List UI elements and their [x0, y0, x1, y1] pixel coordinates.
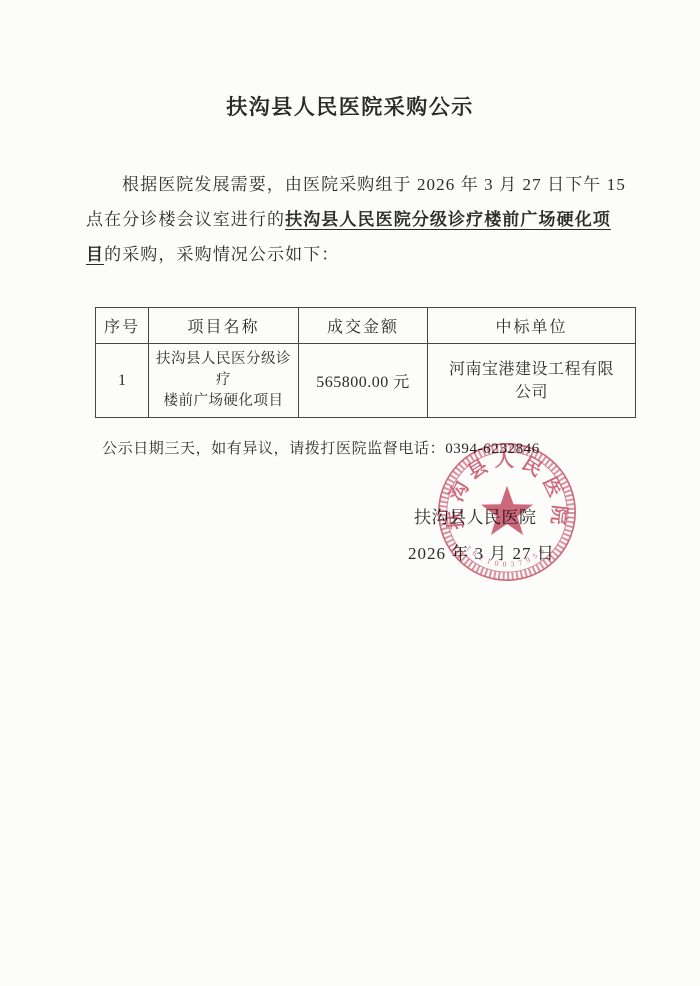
project-name-emphasis: 目: [86, 245, 104, 264]
paragraph-line-2: 点在分诊楼会议室进行的扶沟县人民医院分级诊疗楼前广场硬化项: [86, 202, 620, 237]
page-title: 扶沟县人民医院采购公示: [0, 91, 700, 121]
cell-project-name: 扶沟县人民医分级诊疗 楼前广场硬化项目: [149, 344, 299, 418]
header-serial-number: 序号: [96, 308, 149, 344]
paragraph-text: 根据医院发展需要，由医院采购组于 2026 年 3 月 27 日下午 15: [122, 175, 626, 194]
signature-date: 2026 年 3 月 27 日: [408, 539, 555, 564]
document-page: 扶沟县人民医院采购公示 根据医院发展需要，由医院采购组于 2026 年 3 月 …: [0, 0, 700, 986]
header-deal-amount: 成交金额: [299, 308, 428, 344]
table-header-row: 序号 项目名称 成交金额 中标单位: [96, 308, 636, 344]
paragraph-line-1: 根据医院发展需要，由医院采购组于 2026 年 3 月 27 日下午 15: [86, 167, 620, 202]
signature-org: 扶沟县人民医院: [414, 503, 537, 528]
cell-serial-number: 1: [96, 344, 149, 418]
body-paragraph: 根据医院发展需要，由医院采购组于 2026 年 3 月 27 日下午 15 点在…: [86, 167, 620, 272]
procurement-table: 序号 项目名称 成交金额 中标单位 1 扶沟县人民医分级诊疗 楼前广场硬化项目 …: [95, 307, 636, 418]
header-project-name: 项目名称: [149, 308, 299, 344]
paragraph-line-3: 目的采购，采购情况公示如下：: [86, 237, 620, 272]
paragraph-text: 点在分诊楼会议室进行的: [86, 210, 285, 229]
project-name-emphasis: 扶沟县人民医院分级诊疗楼前广场硬化项: [285, 210, 611, 229]
cell-deal-amount: 565800.00 元: [299, 344, 428, 418]
footer-note: 公示日期三天，如有异议，请拨打医院监督电话：0394-6232846: [102, 437, 540, 458]
cell-winning-bidder: 河南宝港建设工程有限 公司: [428, 344, 636, 418]
header-winning-bidder: 中标单位: [428, 308, 636, 344]
table-row: 1 扶沟县人民医分级诊疗 楼前广场硬化项目 565800.00 元 河南宝港建设…: [96, 344, 636, 418]
paragraph-text: 的采购，采购情况公示如下：: [104, 245, 339, 264]
